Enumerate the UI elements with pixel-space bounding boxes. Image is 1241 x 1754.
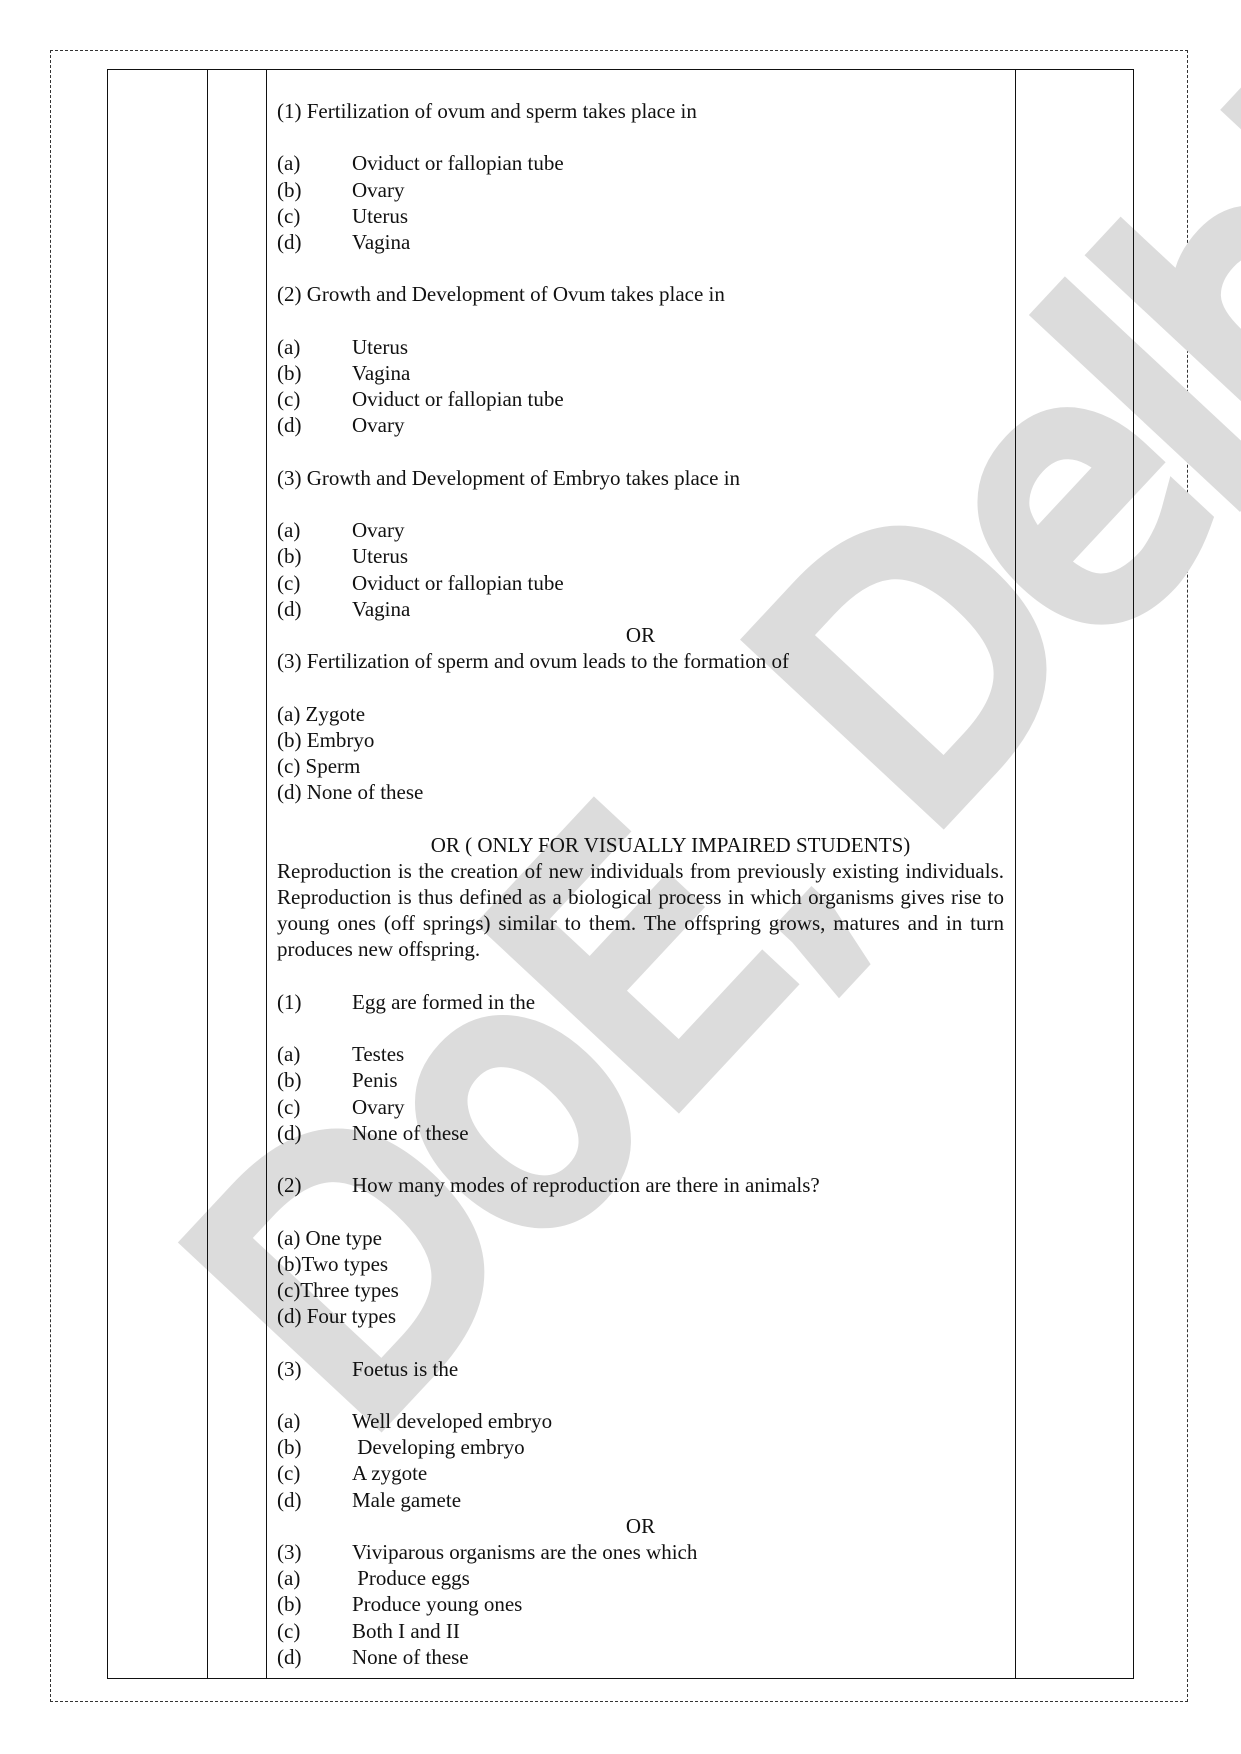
option: (a)Oviduct or fallopian tube <box>277 150 1004 176</box>
option: (c)Uterus <box>277 203 1004 229</box>
option: (c)Oviduct or fallopian tube <box>277 386 1004 412</box>
option: (c)A zygote <box>277 1460 1004 1486</box>
option: (d) None of these <box>277 779 1004 805</box>
column-section <box>208 70 267 1678</box>
question-table: (1) Fertilization of ovum and sperm take… <box>107 69 1134 1679</box>
column-serial <box>108 70 208 1678</box>
option: (c)Three types <box>277 1277 1004 1303</box>
or-separator-2: OR <box>277 1513 1004 1539</box>
option: (d)Vagina <box>277 596 1004 622</box>
option: (a) Zygote <box>277 701 1004 727</box>
option: (d)Ovary <box>277 412 1004 438</box>
column-marks <box>1016 70 1133 1678</box>
option: (b)Two types <box>277 1251 1004 1277</box>
vi-question-1: (1)Egg are formed in the <box>277 989 1004 1015</box>
alt-question-3-text: (3) Fertilization of sperm and ovum lead… <box>277 648 1004 674</box>
option: (c)Ovary <box>277 1094 1004 1120</box>
option: (c) Sperm <box>277 753 1004 779</box>
option: (a)Testes <box>277 1041 1004 1067</box>
option: (b) Embryo <box>277 727 1004 753</box>
option: (a)Ovary <box>277 517 1004 543</box>
option: (d)Male gamete <box>277 1487 1004 1513</box>
question-3-text: (3) Growth and Development of Embryo tak… <box>277 465 1004 491</box>
or-separator: OR <box>277 622 1004 648</box>
column-questions: (1) Fertilization of ovum and sperm take… <box>267 70 1016 1678</box>
vi-question-2: (2)How many modes of reproduction are th… <box>277 1172 1004 1198</box>
option: (a)Uterus <box>277 334 1004 360</box>
vi-question-3: (3)Foetus is the <box>277 1356 1004 1382</box>
option: (b)Produce young ones <box>277 1591 1004 1617</box>
option: (d)Vagina <box>277 229 1004 255</box>
option: (d)None of these <box>277 1644 1004 1670</box>
question-1-text: (1) Fertilization of ovum and sperm take… <box>277 98 1004 124</box>
option: (a)Well developed embryo <box>277 1408 1004 1434</box>
option: (b)Penis <box>277 1067 1004 1093</box>
option: (c)Oviduct or fallopian tube <box>277 570 1004 596</box>
vi-alt-question-3: (3)Viviparous organisms are the ones whi… <box>277 1539 1004 1565</box>
option: (d) Four types <box>277 1303 1004 1329</box>
vi-passage: Reproduction is the creation of new indi… <box>277 858 1004 963</box>
option: (a) Produce eggs <box>277 1565 1004 1591</box>
option: (b) Developing embryo <box>277 1434 1004 1460</box>
vi-heading: OR ( ONLY FOR VISUALLY IMPAIRED STUDENTS… <box>277 832 1004 858</box>
option: (b)Ovary <box>277 177 1004 203</box>
option: (c)Both I and II <box>277 1618 1004 1644</box>
option: (d)None of these <box>277 1120 1004 1146</box>
question-2-text: (2) Growth and Development of Ovum takes… <box>277 281 1004 307</box>
option: (b)Uterus <box>277 543 1004 569</box>
option: (b)Vagina <box>277 360 1004 386</box>
option: (a) One type <box>277 1225 1004 1251</box>
